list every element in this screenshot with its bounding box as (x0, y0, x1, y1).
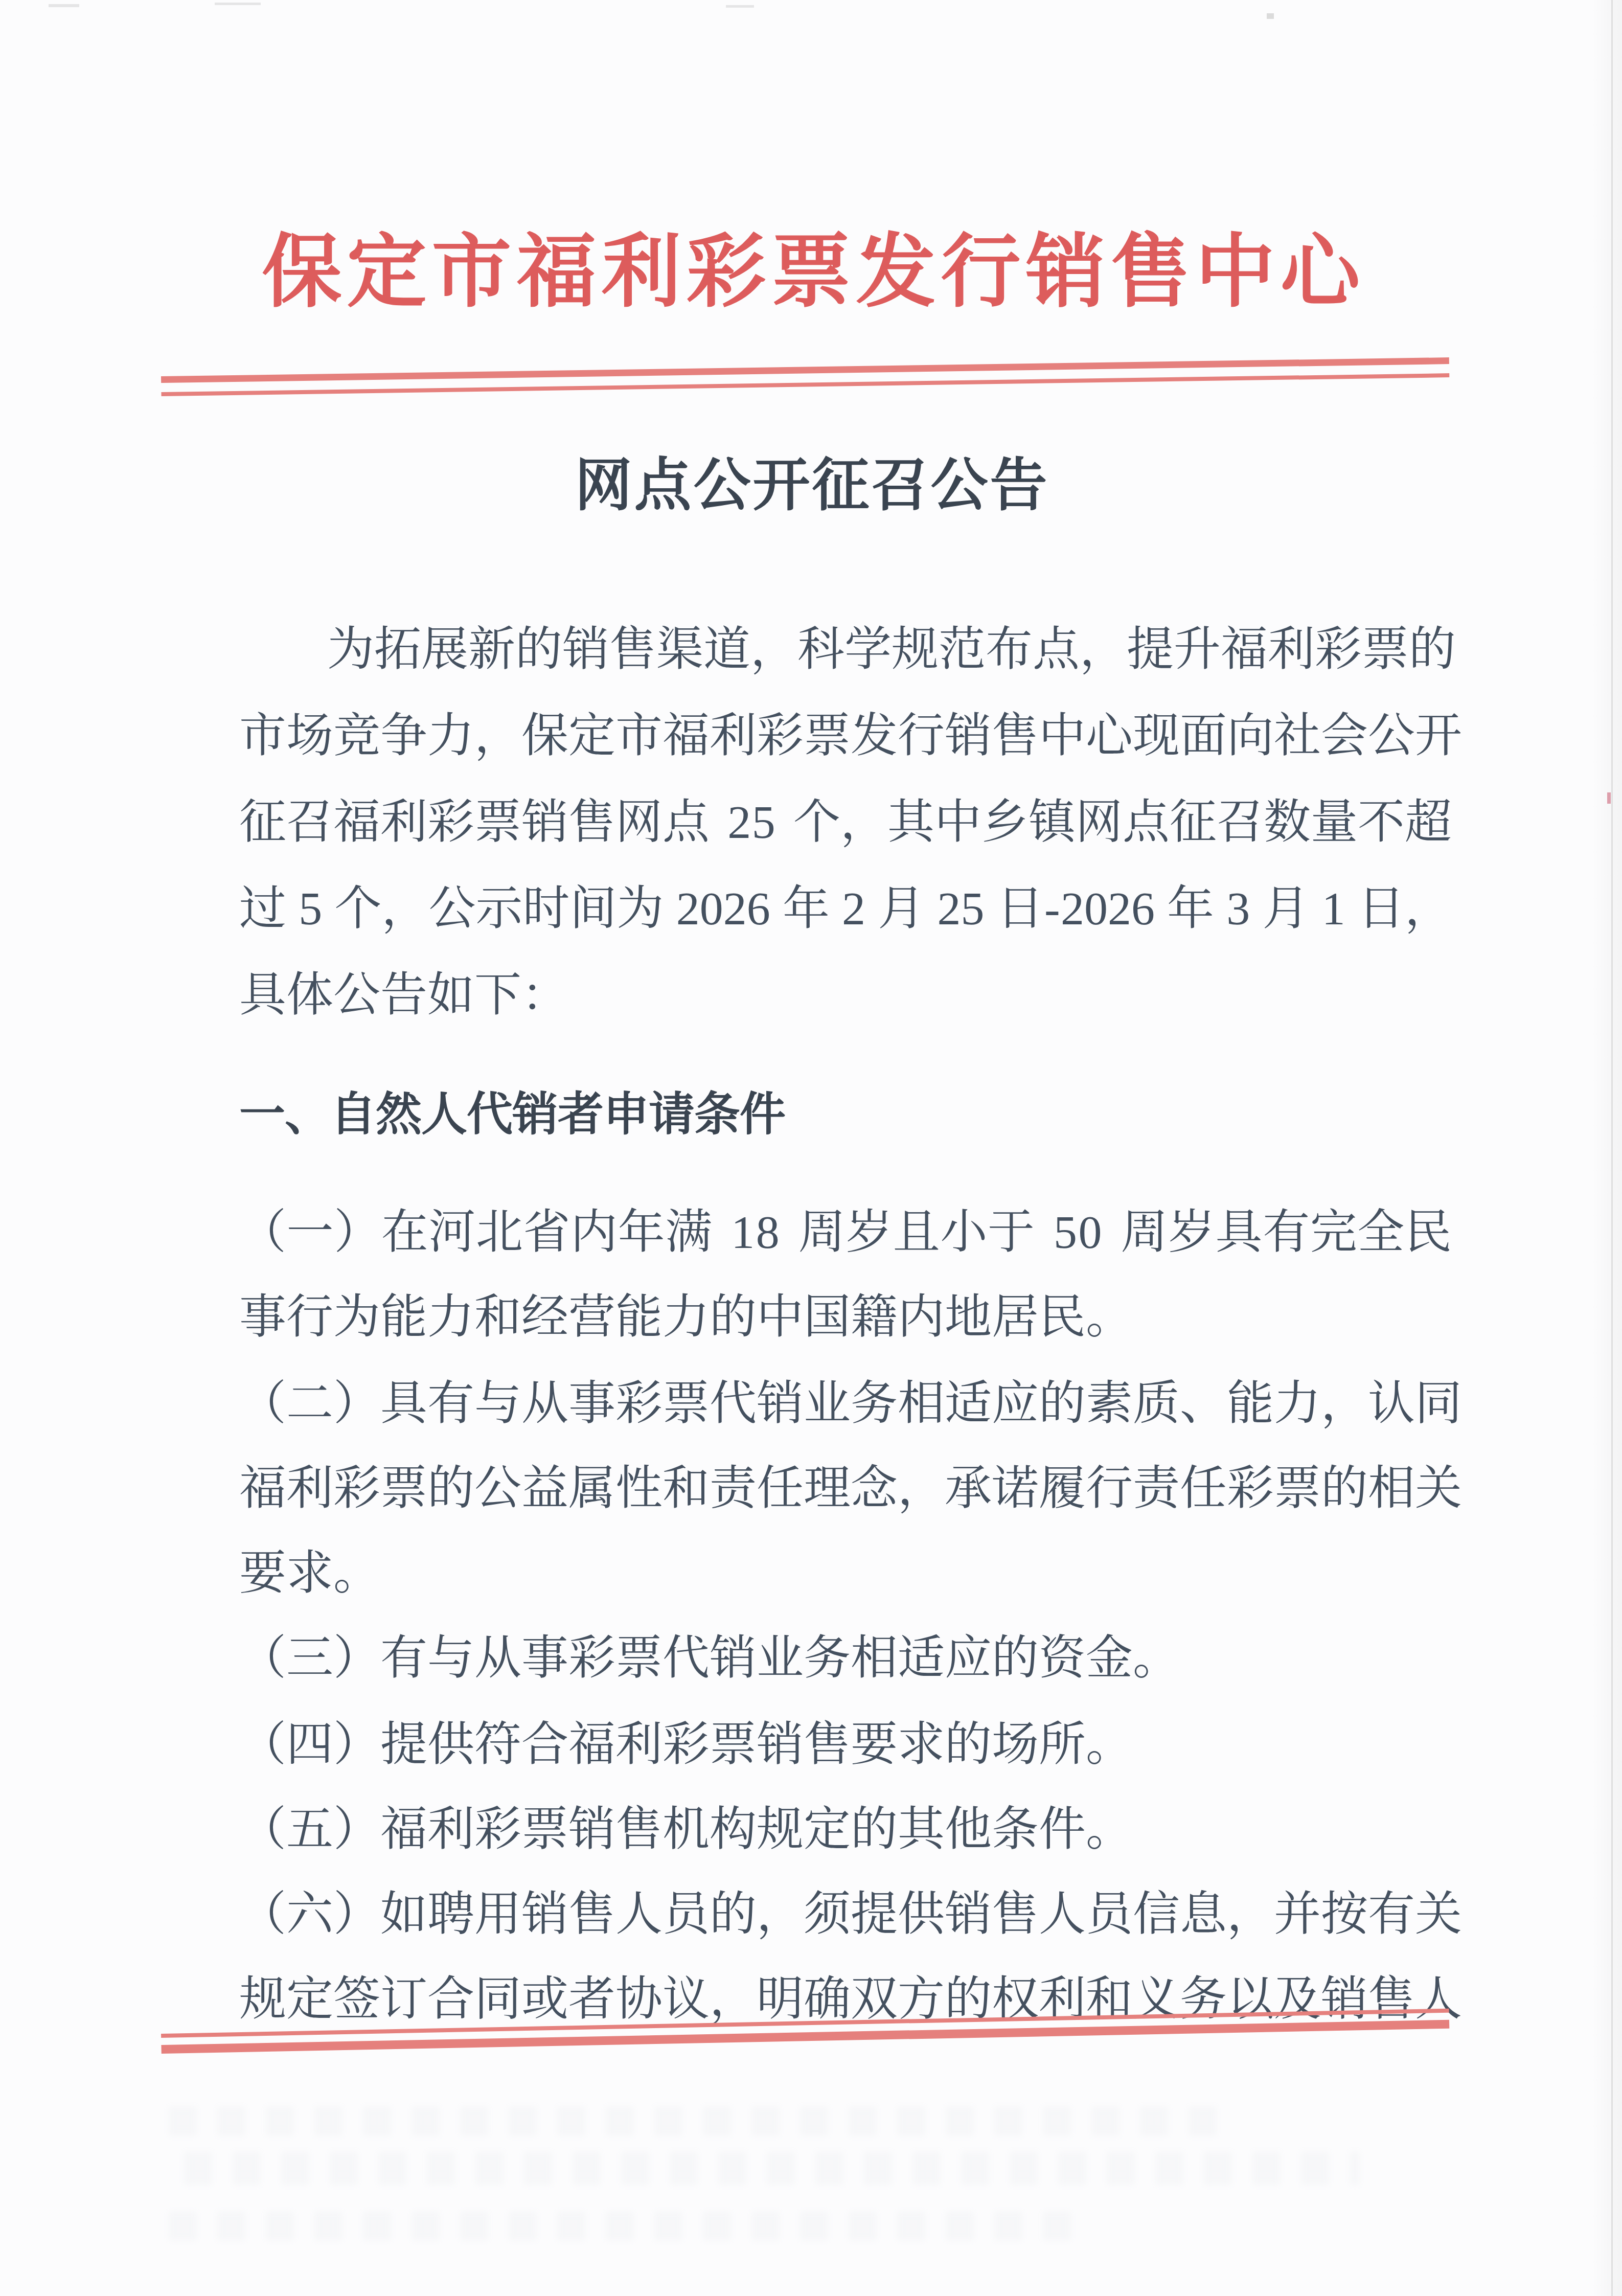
scan-edge-shadow (1591, 0, 1622, 2296)
letterhead-double-rule (161, 357, 1449, 396)
condition-item-line: （一）在河北省内年满 18 周岁且小于 50 周岁具有完全民 (239, 1199, 1452, 1265)
intro-paragraph-line: 市场竞争力，保定市福利彩票发行销售中心现面向社会公开 (239, 702, 1452, 769)
condition-item-line: （三）有与从事彩票代销业务相适应的资金。 (239, 1625, 1452, 1691)
section-heading: 一、自然人代销者申请条件 (239, 1081, 785, 1148)
condition-item-line: （六）如聘用销售人员的，须提供销售人员信息，并按有关 (239, 1881, 1452, 1947)
scanner-edge-mark (49, 4, 79, 7)
intro-paragraph-line: 为拓展新的销售渠道，科学规范布点，提升福利彩票的 (327, 616, 1452, 683)
condition-item-line: 福利彩票的公益属性和责任理念，承诺履行责任彩票的相关 (239, 1455, 1452, 1521)
bleedthrough-ghost-text (169, 2106, 1232, 2136)
condition-item-line: （五）福利彩票销售机构规定的其他条件。 (239, 1796, 1452, 1862)
condition-item-line: 事行为能力和经营能力的中国籍内地居民。 (239, 1284, 1452, 1350)
condition-item-line: （四）提供符合福利彩票销售要求的场所。 (239, 1711, 1452, 1778)
scanned-document-page: 保定市福利彩票发行销售中心 网点公开征召公告 为拓展新的销售渠道，科学规范布点，… (0, 0, 1622, 2296)
bleedthrough-ghost-text (169, 2211, 1089, 2241)
intro-paragraph-line: 具体公告如下： (239, 962, 1452, 1028)
scanner-edge-mark (726, 5, 754, 8)
scanner-speck (1267, 13, 1274, 19)
condition-item-line: 要求。 (239, 1540, 1452, 1606)
condition-item-line: （二）具有与从事彩票代销业务相适应的素质、能力，认同 (239, 1370, 1452, 1437)
document-title: 网点公开征召公告 (574, 455, 1048, 516)
scanner-edge-mark (215, 3, 261, 5)
intro-paragraph-line: 过 5 个，公示时间为 2026 年 2 月 25 日-2026 年 3 月 1… (239, 875, 1452, 942)
letterhead-org-name: 保定市福利彩票发行销售中心 (260, 228, 1363, 317)
bleedthrough-ghost-text (184, 2151, 1360, 2185)
intro-paragraph-line: 征召福利彩票销售网点 25 个，其中乡镇网点征召数量不超 (239, 789, 1452, 855)
